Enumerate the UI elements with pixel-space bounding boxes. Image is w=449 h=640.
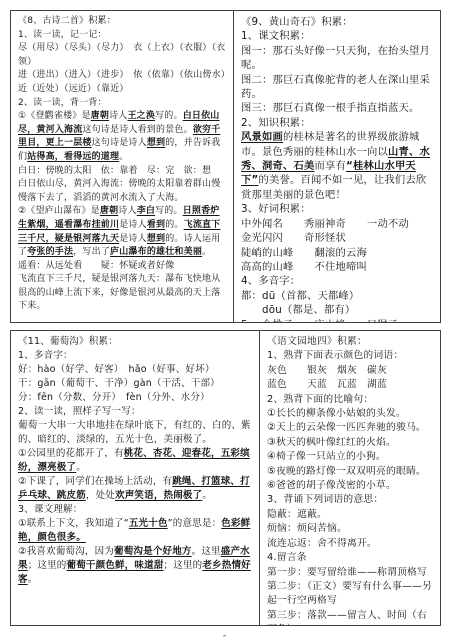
text-line: 近（近处）（远近）（靠近） [18,83,226,97]
text-segment: ②我喜欢葡萄沟，因为 [18,546,114,557]
text-line: 《9、黄山奇石》积累： [241,15,433,29]
text-segment: 3、背诵下列词语的意思： [267,494,383,505]
underlined-text: 葡萄干颜色鲜，味道甜 [67,560,164,571]
section-9-content: 《9、黄山奇石》积累：1、课文积累：图一：那石头好像一只天狗，在抬头望月呢。图二… [241,15,433,323]
text-segment: ①公园里的花都开了，有 [18,448,124,459]
text-segment: 白日：傍晚的太阳 依：靠着 尽：完 欲：想 [18,166,211,176]
text-segment: 《11、葡萄沟》积累： [18,336,118,347]
text-segment: 。 [119,152,128,162]
underlined-text: 想到 [147,234,165,244]
underlined-text: 看到 [147,220,165,230]
text-segment: ；这里的 [28,560,67,571]
text-line: ④椅子像一只站立的小狗。 [267,450,433,464]
text-segment: ⑤夜晚的路灯像一双双明亮的眼睛。 [267,466,426,477]
text-segment: 2、知识积累： [241,117,311,129]
text-line: 中外闻名 秀丽神奇 一动不动 [241,217,433,231]
text-segment: 都：dū（首都、天都峰） [241,290,359,302]
text-segment: 中外闻名 秀丽神奇 一动不动 [241,218,409,230]
text-segment: 而享有 [314,160,346,172]
text-segment: 第二步：（正文）要写有什么事——另起一行空两格写 [267,581,432,606]
text-line: ⑤夜晚的路灯像一双双明亮的眼睛。 [267,465,433,479]
text-segment: 诗人 [118,206,136,216]
text-line: 都：dū（首都、天都峰） [241,289,433,303]
text-line: 1、多音字： [18,349,252,363]
text-segment: 。 [28,574,38,585]
text-line: 高高的山峰 不住地啼叫 [241,260,433,274]
worksheet-page: 《8、古诗二首》积累：1、读一读，记一记：尽（用尽）（尽头）（尽力） 衣（上衣）… [0,0,449,640]
text-segment: 。这里 [192,546,221,557]
text-segment: 进（进出）（进入）（进步） 依（依靠）（依山傍水） [18,70,230,80]
text-line: 烦恼：烦闷苦恼。 [267,522,433,536]
section-yuwen-content: 《语文园地四》积累：1、熟背下面表示颜色的词语：灰色 银灰 烟灰 碳灰蓝色 天蓝… [267,335,433,626]
text-line: 1、课文积累： [241,29,433,43]
text-segment: 隐蔽：遮蔽。 [267,509,327,520]
text-line: 蓝色 天蓝 瓦蓝 湖蓝 [267,378,433,392]
text-segment: ，处处 [86,490,115,501]
text-segment: ②下课了，同学们在操场上活动，有 [18,476,172,487]
text-line: 4、多音字： [241,274,433,288]
text-line: 尽（用尽）（尽头）（尽力） 衣（上衣）（衣服）（衣领） [18,42,226,69]
underlined-text: 庐山瀑布的雄壮和美丽 [110,247,202,257]
text-line: 《语文园地四》积累： [267,335,433,349]
text-line: 风景如画的桂林是著名的世界级旅游城市。景色秀丽的桂林山水一向以山青、水秀、洞奇、… [241,130,433,202]
text-segment: 第三步：落款——留言人、时间（右下角） [267,610,427,626]
text-segment: 2、读一读，照样子写一写： [18,406,141,417]
text-segment: ”的意思是： [168,518,222,529]
section-9-huangshan-rocks: 《9、黄山奇石》积累：1、课文积累：图一：那石头好像一只天狗，在抬头望月呢。图二… [233,10,441,323]
text-segment: 《8、古诗二首》积累： [18,16,116,26]
text-line: ②我喜欢葡萄沟，因为葡萄沟是个好地方。这里盛产水果；这里的葡萄干颜色鲜，味道甜；… [18,545,252,587]
text-line: 白日：傍晚的太阳 依：靠着 尽：完 欲：想 [18,165,226,179]
underlined-text: 风景如画 [241,131,283,143]
text-segment: ②天上的云朵像一匹匹奔驰的骏马。 [267,422,426,433]
text-line: 图三：那巨石真像一根手指直指蓝天。 [241,101,433,115]
text-segment: 蓝色 天蓝 瓦蓝 湖蓝 [267,379,387,390]
section-8-content: 《8、古诗二首》积累：1、读一读，记一记：尽（用尽）（尽头）（尽力） 衣（上衣）… [18,15,226,314]
text-segment: 近（近处）（远近）（靠近） [18,84,129,94]
text-segment: 图二：那巨石真像驼背的老人在深山里采药。 [241,74,430,100]
text-line: 4.留言条 [267,551,433,565]
text-segment: ，写出了 [73,247,110,257]
text-line: 白日依山尽，黄河入海流：傍晚的太阳靠着群山慢慢落下去了，滔滔的黄河水流入了大海。 [18,178,226,205]
text-line: ②下课了，同学们在操场上活动，有跳绳、打篮球、打乒乓球、跳皮筋，处处欢声笑语，热… [18,475,252,503]
text-segment: ④椅子像一只站立的小狗。 [267,451,386,462]
text-segment: 遥看：从远处看 疑：怀疑或者好像 [18,261,174,271]
text-line: 飞流直下三千尺，疑是银河落九天：瀑布飞快地从很高的山峰上流下来，好像是银河从最高… [18,273,226,314]
text-segment: 这句诗是诗人看到的景色。 [82,125,192,135]
text-line: 分：fēn（分数、分开） fèn（分外、水分） [18,391,252,405]
text-segment: 的美誉。百闻不如一见，让我们去欣赏那里美丽的景色吧！ [241,174,426,200]
text-line: ①联系上下文，我知道了“五光十色”的意思是：色彩鲜艳，颜色很多。 [18,517,252,545]
text-segment: 2、熟背下面的比喻句： [267,394,373,405]
text-line: 2、读一读，背一背： [18,97,226,111]
text-segment: 图三：那巨石真像一根手指直指蓝天。 [241,102,419,114]
text-line: ①公园里的花都开了，有桃花、杏花、迎春花，五彩缤纷，漂亮极了。 [18,447,252,475]
text-segment: ⑥爸爸的胡子像茂密的小草。 [267,480,396,491]
text-segment: 。 [202,490,212,501]
text-line: ②天上的云朵像一匹匹奔驰的骏马。 [267,421,433,435]
text-segment: 1、读一读，记一记： [18,30,107,40]
text-segment: 3、好词积累： [241,203,311,215]
underlined-text: 欢声笑语，热闹极了 [115,490,202,501]
page-footer-mark: - [0,631,449,640]
text-line: ②《望庐山瀑布》是唐朝诗人李白写的。日照香炉生紫烟，遥看瀑布挂前川是诗人看到的。… [18,205,226,259]
text-segment: 陡峭的山峰 翻滚的云海 [241,247,367,259]
text-segment: 1、熟背下面表示颜色的词语： [267,350,403,361]
text-line: 遥看：从远处看 疑：怀疑或者好像 [18,260,226,274]
text-line: ⑥爸爸的胡子像茂密的小草。 [267,479,433,493]
text-segment: ；这里的 [164,560,203,571]
text-segment: 好：hào（好学、好客） hǎo（好事、好坏） [18,364,215,375]
text-segment: 流连忘返：舍不得离开。 [267,538,377,549]
underlined-text: 唐朝 [91,111,109,121]
underlined-text: 唐朝 [100,206,118,216]
text-segment: 。 [202,247,211,257]
text-segment: dōu（都是、都有） [241,304,355,316]
text-line: dōu（都是、都有） [241,303,433,317]
underlined-text: 李白 [137,206,155,216]
text-segment: ③秋天的枫叶像红红的火焰。 [267,437,396,448]
text-line: 进（进出）（进入）（进步） 依（依靠）（依山傍水） [18,69,226,83]
text-line: 流连忘返：舍不得离开。 [267,537,433,551]
text-line: 《11、葡萄沟》积累： [18,335,252,349]
text-segment: 写的。 [155,206,183,216]
text-segment: 《语文园地四》积累： [267,336,367,347]
text-segment: 金光闪闪 奇形怪状 [241,232,346,244]
section-11-grape-valley: 《11、葡萄沟》积累：1、多音字：好：hào（好学、好客） hǎo（好事、好坏）… [10,330,260,626]
text-line: 第三步：落款——留言人、时间（右下角） [267,609,433,626]
text-segment: 是诗人 [119,234,147,244]
text-line: 第一步：要写留给谁——称谓顶格写 [267,566,433,580]
text-segment: 葡萄一大串一大串地挂在绿叶底下，有红的、白的、紫的、暗红的、淡绿的，五光十色，美… [18,420,251,445]
text-line: ①《登鹳雀楼》是唐朝诗人王之涣写的。白日依山尽，黄河入海流这句诗是诗人看到的景色… [18,110,226,164]
text-line: 《8、古诗二首》积累： [18,15,226,29]
text-segment: 高高的山峰 不住地啼叫 [241,261,367,273]
text-segment: ①《登鹳雀楼》是 [18,111,91,121]
underlined-text: 夸张的手法 [27,247,73,257]
text-segment: 4.留言条 [267,552,307,563]
text-segment: 。 [76,462,86,473]
text-segment: 飞流直下三千尺，疑是银河落九天：瀑布飞快地从很高的山峰上流下来，好像是银河从最高… [18,274,220,311]
text-segment: 白日依山尽，黄河入海流：傍晚的太阳靠着群山慢慢落下去了，滔滔的黄河水流入了大海。 [18,179,220,203]
text-segment: 5.一个桃子 一座山峰 一只猴子 [241,319,398,323]
text-segment: 2、读一读，背一背： [18,98,107,108]
text-segment: 干：gān（葡萄干、干净）gàn（干活、干部） [18,378,220,389]
section-8-ancient-poems: 《8、古诗二首》积累：1、读一读，记一记：尽（用尽）（尽头）（尽力） 衣（上衣）… [10,10,234,323]
text-line: 干：gān（葡萄干、干净）gàn（干活、干部） [18,377,252,391]
section-11-content: 《11、葡萄沟》积累：1、多音字：好：hào（好学、好客） hǎo（好事、好坏）… [18,335,252,587]
text-line: 5.一个桃子 一座山峰 一只猴子 [241,318,433,323]
text-line: 2、熟背下面的比喻句： [267,393,433,407]
text-line: 好：hào（好学、好客） hǎo（好事、好坏） [18,363,252,377]
section-yuwen-garden-4: 《语文园地四》积累：1、熟背下面表示颜色的词语：灰色 银灰 烟灰 碳灰蓝色 天蓝… [259,330,441,626]
text-segment: 的。 [165,220,183,230]
text-segment: 诗人 [109,111,127,121]
text-line: 灰色 银灰 烟灰 碳灰 [267,364,433,378]
text-line: 1、读一读，记一记： [18,29,226,43]
text-line: 图二：那巨石真像驼背的老人在深山里采药。 [241,73,433,102]
underlined-text: 葡萄沟是个好地方 [114,546,192,557]
text-segment: 分：fēn（分数、分开） fèn（分外、水分） [18,392,210,403]
text-segment: 第一步：要写留给谁——称谓顶格写 [267,567,427,578]
underlined-text: 五光十色 [129,518,168,529]
text-segment: 写的。 [155,111,183,121]
text-segment: 《9、黄山奇石》积累： [241,16,353,28]
text-segment: ②《望庐山瀑布》是 [18,206,100,216]
underlined-text: 站得高，看得远的道理 [27,152,119,162]
text-segment: ①长长的柳条像小姑娘的头发。 [267,408,406,419]
text-segment: ①联系上下文，我知道了“ [18,518,129,529]
text-line: ③秋天的枫叶像红红的火焰。 [267,436,433,450]
text-line: 2、读一读，照样子写一写： [18,405,252,419]
text-line: 1、熟背下面表示颜色的词语： [267,349,433,363]
text-line: 葡萄一大串一大串地挂在绿叶底下，有红的、白的、紫的、暗红的、淡绿的，五光十色，美… [18,419,252,447]
text-line: ①长长的柳条像小姑娘的头发。 [267,407,433,421]
text-line: 3、好词积累： [241,202,433,216]
text-line: 2、知识积累： [241,116,433,130]
text-segment: 灰色 银灰 烟灰 碳灰 [267,365,387,376]
underlined-text: 王之涣 [127,111,155,121]
text-segment: 3、课文理解： [18,504,82,515]
text-segment: 1、多音字： [18,350,73,361]
text-segment: 图一：那石头好像一只天狗，在抬头望月呢。 [241,45,430,71]
underlined-text: 想到 [147,138,165,148]
text-line: 图一：那石头好像一只天狗，在抬头望月呢。 [241,44,433,73]
text-segment: 是诗人 [119,220,147,230]
text-segment: 烦恼：烦闷苦恼。 [267,523,347,534]
text-line: 隐蔽：遮蔽。 [267,508,433,522]
text-line: 3、背诵下列词语的意思： [267,493,433,507]
text-segment: 1、课文积累： [241,30,311,42]
text-line: 第二步：（正文）要写有什么事——另起一行空两格写 [267,580,433,609]
text-line: 陡峭的山峰 翻滚的云海 [241,246,433,260]
text-segment: 4、多音字： [241,275,300,287]
text-segment: 尽（用尽）（尽头）（尽力） 衣（上衣）（衣服）（衣领） [18,43,226,67]
text-segment: 这句诗是诗人 [92,138,147,148]
text-line: 3、课文理解： [18,503,252,517]
text-line: 金光闪闪 奇形怪状 [241,231,433,245]
